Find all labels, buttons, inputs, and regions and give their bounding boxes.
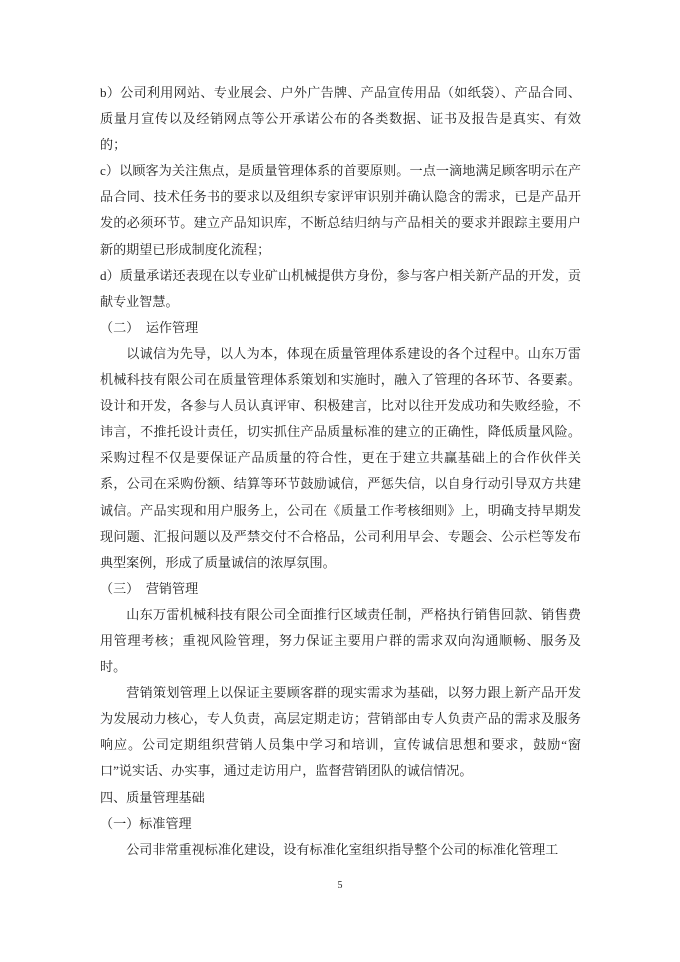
- heading-chapter-4-quality-basis: 四、质量管理基础: [100, 785, 581, 811]
- document-page: b）公司利用网站、专业展会、户外广告牌、产品宣传用品（如纸袋）、产品合同、质量月…: [0, 0, 680, 962]
- heading-section-1-standards: （一）标准管理: [100, 811, 581, 837]
- heading-section-2-operations: （二） 运作管理: [100, 315, 581, 341]
- list-item-b-paragraph: b）公司利用网站、专业展会、户外广告牌、产品宣传用品（如纸袋）、产品合同、质量月…: [100, 80, 581, 158]
- marketing-paragraph-1: 山东万雷机械科技有限公司全面推行区域责任制，严格执行销售回款、销售费用管理考核；…: [100, 602, 581, 680]
- standards-paragraph: 公司非常重视标准化建设，设有标准化室组织指导整个公司的标准化管理工: [100, 837, 581, 863]
- operations-paragraph: 以诚信为先导，以人为本，体现在质量管理体系建设的各个过程中。山东万雷机械科技有限…: [100, 341, 581, 576]
- list-item-c-paragraph: c）以顾客为关注焦点，是质量管理体系的首要原则。一点一滴地满足顾客明示在产品合同…: [100, 158, 581, 262]
- document-body: b）公司利用网站、专业展会、户外广告牌、产品宣传用品（如纸袋）、产品合同、质量月…: [100, 80, 581, 863]
- page-number: 5: [0, 879, 680, 893]
- marketing-paragraph-2: 营销策划管理上以保证主要顾客群的现实需求为基础，以努力跟上新产品开发为发展动力核…: [100, 680, 581, 784]
- list-item-d-paragraph: d）质量承诺还表现在以专业矿山机械提供方身份，参与客户相关新产品的开发，贡献专业…: [100, 263, 581, 315]
- heading-section-3-marketing: （三） 营销管理: [100, 576, 581, 602]
